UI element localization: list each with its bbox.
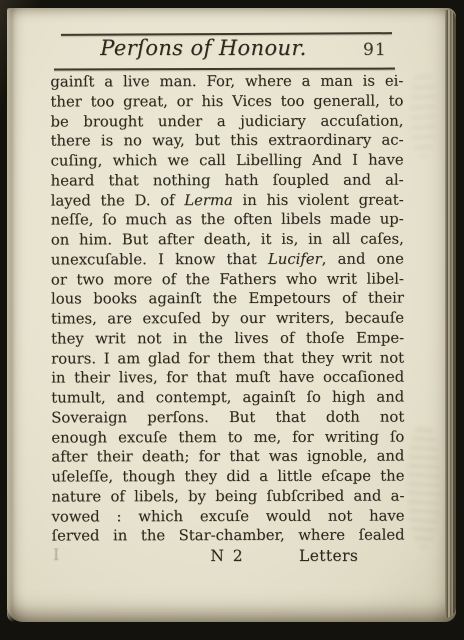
text-line: there is no way, but this extraordinary … [51,131,404,152]
header-rule-bottom [54,68,395,71]
showthrough-smudge [410,68,436,158]
text-line: tumult, and contempt, againſt ſo high an… [51,388,404,409]
page-number: 91 [363,40,397,60]
body-text: gainſt a live man. For, where a man is e… [50,72,404,547]
text-line: ther too great, or his Vices too general… [50,91,403,112]
book-page: Perſons of Honour. 91 gainſt a live man.… [7,8,456,622]
text-line: ſerved in the Star-chamber, where ſealed [52,526,405,547]
showthrough-smudge [408,423,440,548]
text-line: enough excuſe them to me, for writing ſo [51,427,404,448]
text-line: unexcuſable. I know that Lucifer, and on… [51,249,404,270]
text-line: in their lives, for that muſt have occaſ… [51,368,404,389]
page-left-edge [7,8,15,622]
text-line: nature of libels, by being ſubſcribed an… [51,486,404,507]
text-line: rours. I am glad for them that they writ… [51,348,404,369]
text-line: cuſing, which we call Libelling And I ha… [51,151,404,172]
catchword: Letters [299,547,358,565]
text-line: heard that nothing hath ſoupled and al- [51,170,404,191]
running-title: Perſons of Honour. [61,35,346,61]
text-line: on him. But after death, it is, in all c… [51,230,404,251]
text-line: or two more of the Fathers who writ libe… [51,269,404,290]
text-line: uſeleſſe, though they did a little eſcap… [51,467,404,488]
page-stack-edge [445,10,456,618]
text-line: times, are excuſed by our writers, becau… [51,309,404,330]
text-line: neſſe, ſo much as the often libels made … [51,210,404,231]
text-line: they writ not in the lives of thoſe Empe… [51,328,404,349]
text-line: Soveraign perſons. But that doth not [51,407,404,428]
scan-frame: Perſons of Honour. 91 gainſt a live man.… [0,0,464,640]
text-line: after their death; for that was ignoble,… [51,447,404,468]
text-line: be brought under a judiciary accuſation, [50,111,403,132]
text-line: vowed : which excuſe would not have [52,506,405,527]
text-line: layed the D. of Lerma in his violent gre… [51,190,404,211]
text-line: gainſt a live man. For, where a man is e… [50,72,403,93]
text-line: lous books againſt the Empetours of thei… [51,289,404,310]
